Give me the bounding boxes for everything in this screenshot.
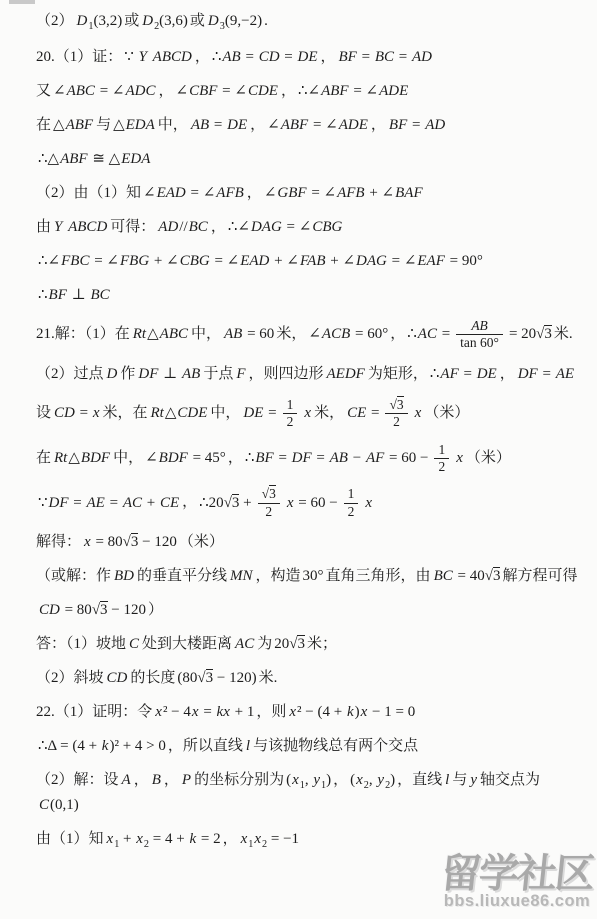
math-run: y bbox=[467, 772, 480, 788]
document-line: ∴BF ⊥ BC bbox=[36, 284, 579, 307]
text-run: ， bbox=[500, 366, 515, 382]
text-run: ，直线 bbox=[397, 772, 442, 788]
document-page: （2）D1(3,2)或D2(3,6)或D3(9,−2).20.（1）证：∵ Y … bbox=[0, 0, 597, 852]
math-run: x1 + x2 = 4 + k = 2 bbox=[104, 831, 223, 847]
text-run: 轴交点为 bbox=[480, 772, 540, 788]
math-run: BD bbox=[111, 568, 137, 584]
math-run: 20√3 bbox=[272, 636, 307, 652]
document-line: 22.（1）证明：令x² − 4x = kx + 1，则x² − (4 + k)… bbox=[36, 701, 579, 724]
document-line: 答：（1）坡地C处到大楼距离AC为20√3米； bbox=[36, 633, 579, 656]
text-run: （2）解：设 bbox=[36, 772, 119, 788]
text-run: . bbox=[264, 13, 268, 29]
text-run: ， bbox=[182, 495, 197, 511]
scan-artifact-bar bbox=[9, 0, 35, 4]
text-run: （米） bbox=[424, 405, 469, 421]
text-run: （2） bbox=[36, 13, 74, 29]
text-run: 处到大楼距离 bbox=[142, 636, 232, 652]
math-run: ∠EAD = ∠AFB bbox=[141, 185, 247, 201]
text-run: ，则 bbox=[256, 704, 286, 720]
document-line: 在△ABF与△EDA中，AB = DE，∠ABF = ∠ADE，BF = AD bbox=[36, 114, 579, 137]
text-run: 的坐标分别为 bbox=[194, 772, 284, 788]
math-run: BC = 40√3 bbox=[431, 568, 503, 584]
math-run: x bbox=[412, 405, 425, 421]
text-run: 米. bbox=[554, 326, 573, 342]
text-run: 的垂直平分线 bbox=[137, 568, 227, 584]
text-run: ， bbox=[134, 772, 149, 788]
math-run: B bbox=[149, 772, 164, 788]
document-line: 设CD = x米，在Rt△CDE中，DE =12x米，CE =√32x（米） bbox=[36, 397, 579, 430]
math-run: ∵DF = AE = AC + CE bbox=[36, 495, 182, 511]
text-run: 与该抛物线总有两个交点 bbox=[253, 738, 418, 754]
document-line: 解得：x = 80√3 − 120（米） bbox=[36, 531, 579, 554]
text-run: 解方程可得 bbox=[502, 568, 577, 584]
text-run: 可得： bbox=[110, 219, 155, 235]
document-line: 21.解：（1）在Rt△ABC中，AB = 60米，∠ACB = 60°，∴AC… bbox=[36, 318, 579, 351]
text-run: （米） bbox=[466, 450, 511, 466]
text-run: ， bbox=[164, 772, 179, 788]
text-run: 作 bbox=[120, 366, 135, 382]
text-run: （2）由（1）知 bbox=[36, 185, 141, 201]
math-run: (80√3 − 120) bbox=[175, 670, 258, 686]
document-line: 由Y ABCD可得：AD//BC，∴∠DAG = ∠CBG bbox=[36, 216, 579, 239]
text-run: ，构造 bbox=[256, 568, 301, 584]
text-run: 米， bbox=[314, 405, 344, 421]
math-run: x² − 4x = kx + 1 bbox=[152, 704, 256, 720]
text-run: ， bbox=[371, 117, 386, 133]
math-run: D3(9,−2) bbox=[205, 13, 264, 29]
math-run: △EDA bbox=[111, 117, 158, 133]
text-run: 中， bbox=[158, 117, 188, 133]
text-run: 为 bbox=[257, 636, 272, 652]
text-run: ， bbox=[333, 772, 348, 788]
math-run: DF = AE bbox=[515, 366, 577, 382]
math-run: BF = AD bbox=[386, 117, 448, 133]
text-run: 于点 bbox=[203, 366, 233, 382]
math-run: D bbox=[104, 366, 121, 382]
math-run: ∠ABC = ∠ADC bbox=[51, 83, 158, 99]
math-run: DF ⊥ AB bbox=[135, 366, 203, 382]
math-run: (x2, y2) bbox=[348, 772, 397, 788]
text-run: 米； bbox=[307, 636, 337, 652]
math-run: F bbox=[233, 366, 248, 382]
math-run: ∴∠FBC = ∠FBG + ∠CBG = ∠EAD + ∠FAB + ∠DAG… bbox=[36, 253, 485, 269]
fraction: ABtan 60° bbox=[456, 318, 503, 351]
text-run: 20.（1）证： bbox=[36, 49, 122, 65]
text-run: ， bbox=[223, 831, 238, 847]
document-line: 在Rt△BDF中，∠BDF = 45°，∴BF = DF = AB − AF =… bbox=[36, 442, 579, 475]
text-run: 与 bbox=[452, 772, 467, 788]
math-run: l bbox=[243, 738, 253, 754]
text-run: 又 bbox=[36, 83, 51, 99]
math-run: A bbox=[119, 772, 134, 788]
text-run: ，则四边形 bbox=[249, 366, 324, 382]
text-run: 为矩形， bbox=[368, 366, 428, 382]
text-run: 或 bbox=[124, 13, 139, 29]
document-line: （或解：作BD的垂直平分线MN，构造30°直角三角形，由BC = 40√3解方程… bbox=[36, 565, 579, 588]
math-run: x = 80√3 − 120 bbox=[81, 534, 179, 550]
text-run: （或解：作 bbox=[36, 568, 111, 584]
document-line: （2）D1(3,2)或D2(3,6)或D3(9,−2). bbox=[36, 10, 579, 34]
fraction: 12 bbox=[434, 442, 449, 475]
text-run: ， bbox=[211, 219, 226, 235]
math-run: x1x2 = −1 bbox=[238, 831, 301, 847]
math-run: D2(3,6) bbox=[139, 13, 190, 29]
math-run: P bbox=[179, 772, 194, 788]
document-body: （2）D1(3,2)或D2(3,6)或D3(9,−2).20.（1）证：∵ Y … bbox=[36, 10, 579, 852]
text-run: 22.（1）证明：令 bbox=[36, 704, 152, 720]
math-run: x bbox=[362, 495, 375, 511]
math-run: Rt△CDE bbox=[148, 405, 211, 421]
text-run: ， bbox=[195, 49, 210, 65]
document-line: ∴△ABF ≅ △EDA bbox=[36, 148, 579, 171]
math-run: ∴∠ABF = ∠ADE bbox=[296, 83, 411, 99]
math-run: CD = x bbox=[51, 405, 102, 421]
document-line: （2）过点D作DF ⊥ AB于点F，则四边形AEDF为矩形，∴AF = DE，D… bbox=[36, 363, 579, 386]
fraction: 12 bbox=[344, 486, 359, 519]
text-run: （2）过点 bbox=[36, 366, 104, 382]
text-run: 在 bbox=[36, 450, 51, 466]
text-run: 直角三角形，由 bbox=[326, 568, 431, 584]
math-run: AB = DE bbox=[188, 117, 250, 133]
text-run: 与 bbox=[96, 117, 111, 133]
math-run: BF = BC = AD bbox=[336, 49, 435, 65]
math-run: x bbox=[301, 405, 314, 421]
math-run: AEDF bbox=[324, 366, 368, 382]
document-line: 又∠ABC = ∠ADC，∠CBF = ∠CDE，∴∠ABF = ∠ADE bbox=[36, 80, 579, 103]
math-run: ∴△ABF ≅ △EDA bbox=[36, 151, 153, 167]
document-line: （2）斜坡CD的长度(80√3 − 120)米. bbox=[36, 667, 579, 690]
text-run: 21.解：（1）在 bbox=[36, 326, 130, 342]
math-run: ∴20√3 + bbox=[197, 495, 254, 511]
math-run: ∴BF = DF = AB − AF = 60 − bbox=[243, 450, 431, 466]
math-run: C bbox=[126, 636, 142, 652]
text-run: ） bbox=[148, 602, 163, 618]
math-run: ∴AC = bbox=[405, 326, 452, 342]
document-line: 20.（1）证：∵ Y ABCD，∴AB = CD = DE，BF = BC =… bbox=[36, 46, 579, 69]
math-run: D1(3,2) bbox=[74, 13, 125, 29]
math-run: Rt△ABC bbox=[130, 326, 191, 342]
math-run: Y ABCD bbox=[51, 219, 110, 235]
math-run: = 20√3 bbox=[507, 326, 554, 342]
text-run: 中， bbox=[191, 326, 221, 342]
math-run: MN bbox=[227, 568, 256, 584]
text-run: 米. bbox=[259, 670, 278, 686]
text-run: 由（1）知 bbox=[36, 831, 104, 847]
text-run: 中， bbox=[113, 450, 143, 466]
math-run: ∴AB = CD = DE bbox=[210, 49, 321, 65]
text-run: ， bbox=[321, 49, 336, 65]
fraction: √32 bbox=[258, 486, 280, 519]
text-run: 在 bbox=[36, 117, 51, 133]
document-line: CD = 80√3 − 120） bbox=[36, 599, 579, 622]
text-run: 的长度 bbox=[130, 670, 175, 686]
text-run: ， bbox=[281, 83, 296, 99]
text-run: 设 bbox=[36, 405, 51, 421]
math-run: AD//BC bbox=[155, 219, 211, 235]
math-run: AB = 60 bbox=[221, 326, 276, 342]
math-run: CD bbox=[104, 670, 131, 686]
text-run: ， bbox=[228, 450, 243, 466]
document-line: ∵DF = AE = AC + CE，∴20√3 +√32x = 60 −12x bbox=[36, 486, 579, 519]
watermark-logo: 留学社区 bbox=[439, 853, 595, 895]
text-run: ， bbox=[390, 326, 405, 342]
math-run: ∠GBF = ∠AFB + ∠BAF bbox=[262, 185, 426, 201]
text-run: ，所以直线 bbox=[168, 738, 243, 754]
watermark-url: bbs.liuxue86.com bbox=[441, 892, 593, 911]
math-run: x = 60 − bbox=[284, 495, 340, 511]
math-run: ∴AF = DE bbox=[428, 366, 500, 382]
text-run: 由 bbox=[36, 219, 51, 235]
text-run: 米， bbox=[276, 326, 306, 342]
fraction: √32 bbox=[385, 397, 407, 430]
text-run: （2）斜坡 bbox=[36, 670, 104, 686]
text-run: ， bbox=[247, 185, 262, 201]
math-run: ∠CBF = ∠CDE bbox=[173, 83, 280, 99]
text-run: 解得： bbox=[36, 534, 81, 550]
fraction: 12 bbox=[283, 397, 298, 430]
text-run: 答：（1）坡地 bbox=[36, 636, 126, 652]
text-run: ， bbox=[158, 83, 173, 99]
math-run: AC bbox=[232, 636, 257, 652]
math-run: (x1, y1) bbox=[284, 772, 333, 788]
text-run: （米） bbox=[179, 534, 224, 550]
math-run: ∠BDF = 45° bbox=[143, 450, 228, 466]
math-run: CE = bbox=[344, 405, 381, 421]
math-run: ∠ABF = ∠ADE bbox=[265, 117, 371, 133]
math-run: CD = 80√3 − 120 bbox=[36, 602, 148, 618]
math-run: ∴Δ = (4 + k)² + 4 > 0 bbox=[36, 738, 168, 754]
text-run: 中， bbox=[210, 405, 240, 421]
document-line: 由（1）知x1 + x2 = 4 + k = 2，x1x2 = −1 bbox=[36, 828, 579, 852]
watermark: 留学社区 bbs.liuxue86.com bbox=[441, 853, 593, 911]
math-run: ∵ Y ABCD bbox=[122, 49, 195, 65]
math-run: Rt△BDF bbox=[51, 450, 113, 466]
math-run: x² − (4 + k)x − 1 = 0 bbox=[286, 704, 417, 720]
math-run: △ABF bbox=[51, 117, 96, 133]
math-run: x bbox=[453, 450, 466, 466]
document-line: ∴∠FBC = ∠FBG + ∠CBG = ∠EAD + ∠FAB + ∠DAG… bbox=[36, 250, 579, 273]
math-run: DE = bbox=[240, 405, 278, 421]
text-run: 或 bbox=[190, 13, 205, 29]
math-run: C(0,1) bbox=[36, 797, 81, 813]
math-run: 30° bbox=[301, 568, 326, 584]
math-run: l bbox=[442, 772, 452, 788]
math-run: ∴∠DAG = ∠CBG bbox=[226, 219, 345, 235]
math-run: ∴BF ⊥ BC bbox=[36, 287, 113, 303]
math-run: ∠ACB = 60° bbox=[306, 326, 390, 342]
text-run: ， bbox=[250, 117, 265, 133]
text-run: 米，在 bbox=[103, 405, 148, 421]
document-line: （2）解：设A，B，P的坐标分别为(x1, y1)，(x2, y2)，直线l与y… bbox=[36, 769, 579, 816]
document-line: ∴Δ = (4 + k)² + 4 > 0，所以直线l与该抛物线总有两个交点 bbox=[36, 735, 579, 758]
document-line: （2）由（1）知∠EAD = ∠AFB，∠GBF = ∠AFB + ∠BAF bbox=[36, 182, 579, 205]
